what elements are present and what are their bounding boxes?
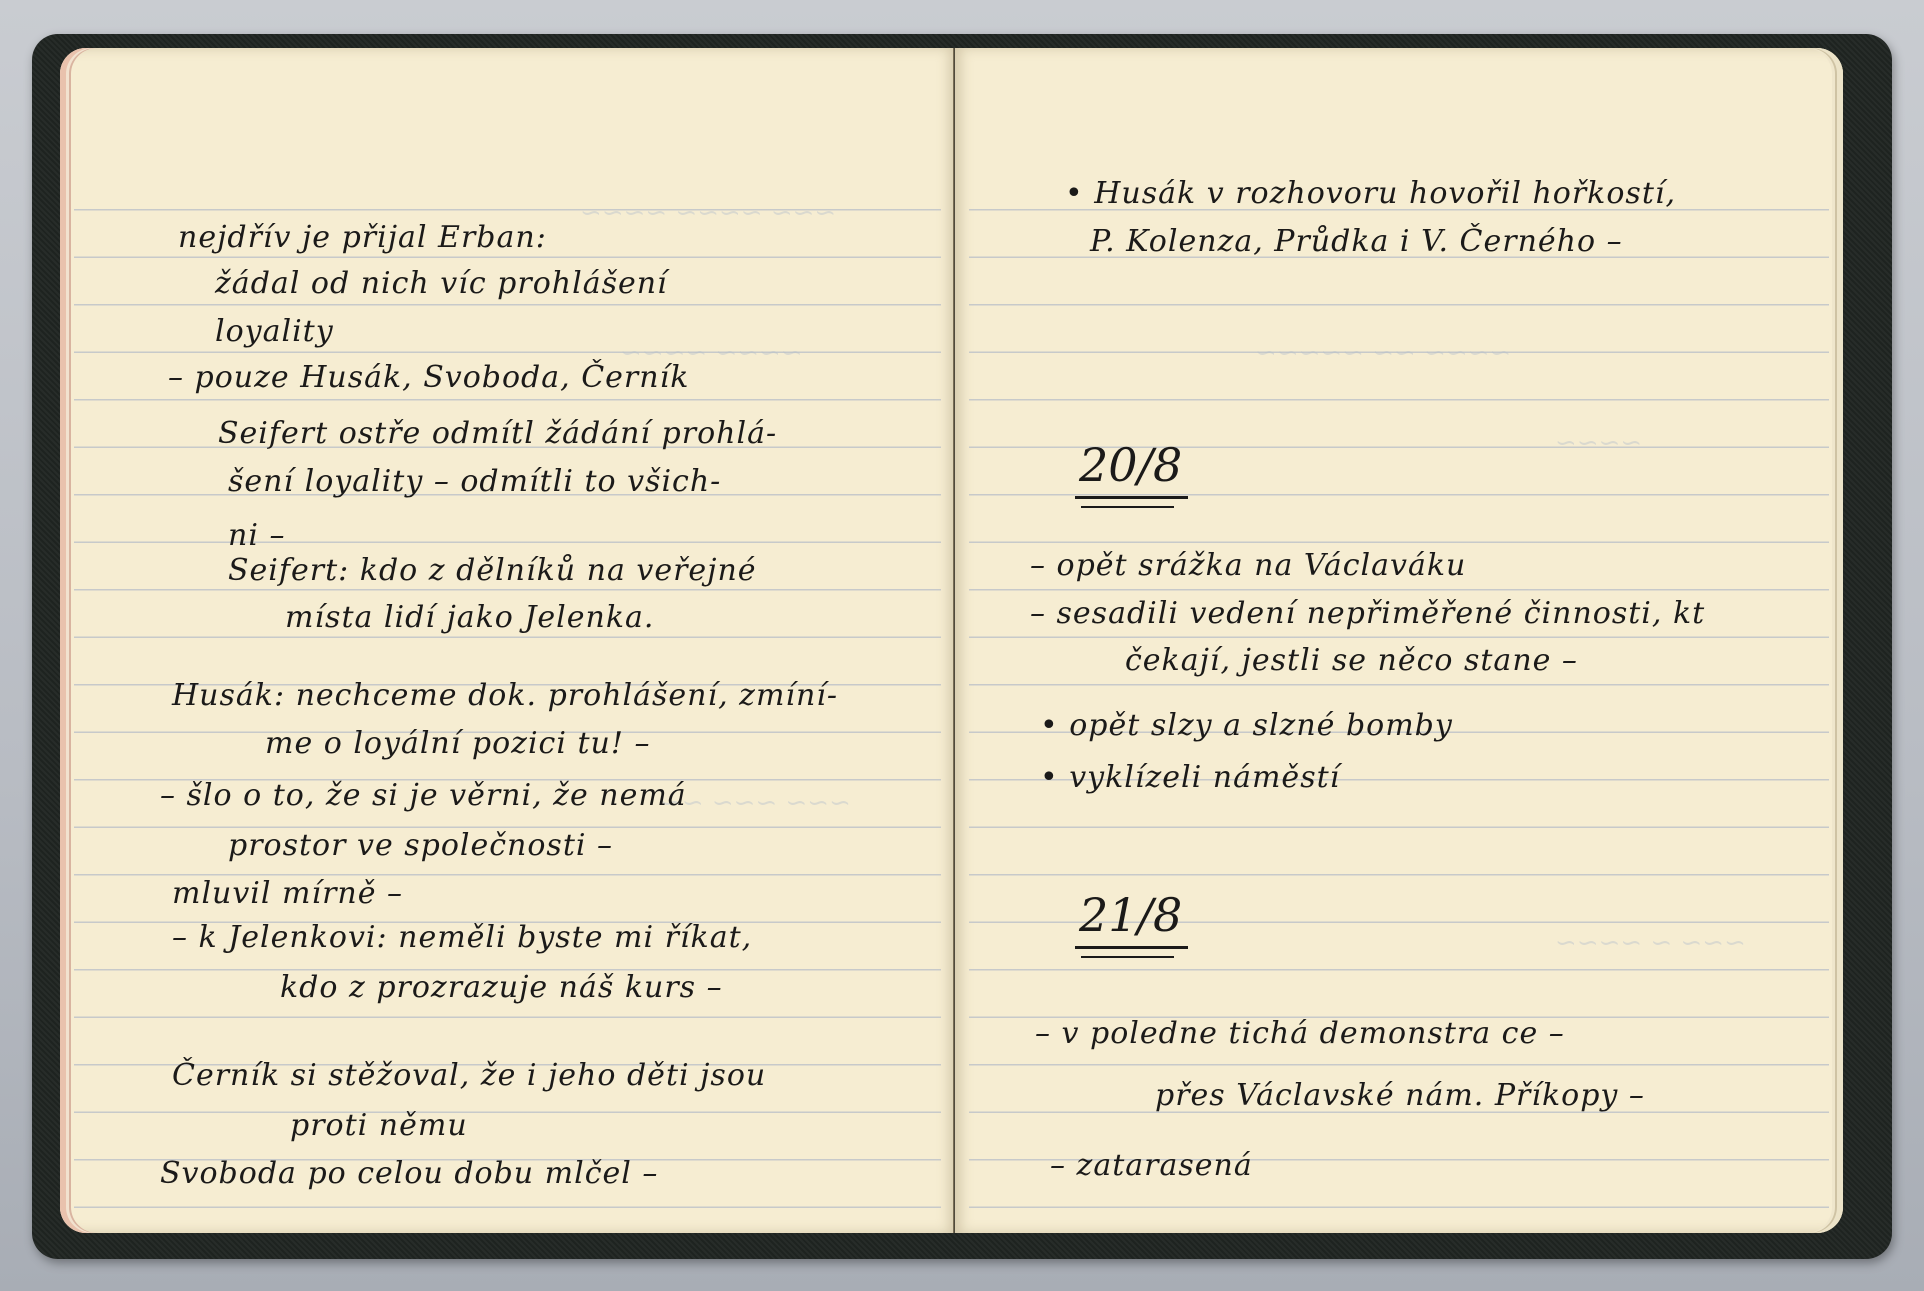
ruled-lines <box>969 163 1829 1233</box>
text-line: – k Jelenkovi: neměli byste mi říkat, <box>172 920 752 955</box>
text-line: • vyklízeli náměstí <box>1040 760 1340 795</box>
text-line: – opět srážka na Václaváku <box>1030 548 1466 583</box>
date-heading: 20/8 <box>1075 438 1188 499</box>
text-line: Seifert: kdo z dělníků na veřejné <box>228 553 757 588</box>
text-line: P. Kolenza, Průdka i V. Černého – <box>1090 224 1623 259</box>
text-line: – v poledne tichá demonstra ce – <box>1035 1016 1565 1051</box>
right-page: ~~~~ ~~ ~~~~~ ~~~~ ~~~ ~ ~~~~ • Husák v … <box>955 48 1843 1233</box>
text-line: šení loyality – odmítli to všich- <box>228 464 721 499</box>
text-line: • Husák v rozhovoru hovořil hořkostí, <box>1065 176 1676 211</box>
text-line: žádal od nich víc prohlášení <box>215 266 668 301</box>
bleed-through-text: ~~~ ~ ~~~~ <box>1555 928 1746 958</box>
text-line: mluvil mírně – <box>172 876 403 911</box>
text-line: Svoboda po celou dobu mlčel – <box>160 1156 658 1191</box>
text-line: proti němu <box>290 1108 468 1143</box>
text-line: – šlo o to, že si je věrni, že nemá <box>160 778 687 813</box>
text-line: me o loyální pozici tu! – <box>265 726 650 761</box>
text-line: Černík si stěžoval, že i jeho děti jsou <box>172 1058 766 1093</box>
text-line: nejdřív je přijal Erban: <box>178 220 547 255</box>
date-heading: 21/8 <box>1075 888 1188 949</box>
text-line: loyality <box>215 314 334 349</box>
text-line: • opět slzy a slzné bomby <box>1040 708 1453 743</box>
bleed-through-text: ~~~~ <box>1555 428 1642 458</box>
text-line: místa lidí jako Jelenka. <box>285 600 654 635</box>
text-line: Seifert ostře odmítl žádání prohlá- <box>218 416 777 451</box>
text-line: ni – <box>228 518 285 553</box>
text-line: prostor ve společnosti – <box>228 828 613 863</box>
text-line: kdo z prozrazuje náš kurs – <box>280 970 723 1005</box>
bleed-through-text: ~~~~ ~~ ~~~~~ <box>1255 338 1511 368</box>
text-line: – zatarasená <box>1050 1148 1253 1183</box>
bleed-through-text: ~~~ ~~~~ ~~~~ <box>580 198 836 228</box>
text-line: – sesadili vedení nepřiměřené činnosti, … <box>1030 596 1705 631</box>
text-line: čekají, jestli se něco stane – <box>1125 643 1578 678</box>
text-line: – pouze Husák, Svoboda, Černík <box>168 360 689 395</box>
text-line: přes Václavské nám. Příkopy – <box>1155 1078 1645 1113</box>
left-page: ~~~ ~~~~ ~~~~ ~~~~ ~~~~ ~~~ ~~~ ~~ nejdř… <box>60 48 955 1233</box>
text-line: Husák: nechceme dok. prohlášení, zmíní- <box>172 678 838 713</box>
bleed-through-text: ~~~ ~~~ ~~ <box>660 788 851 818</box>
